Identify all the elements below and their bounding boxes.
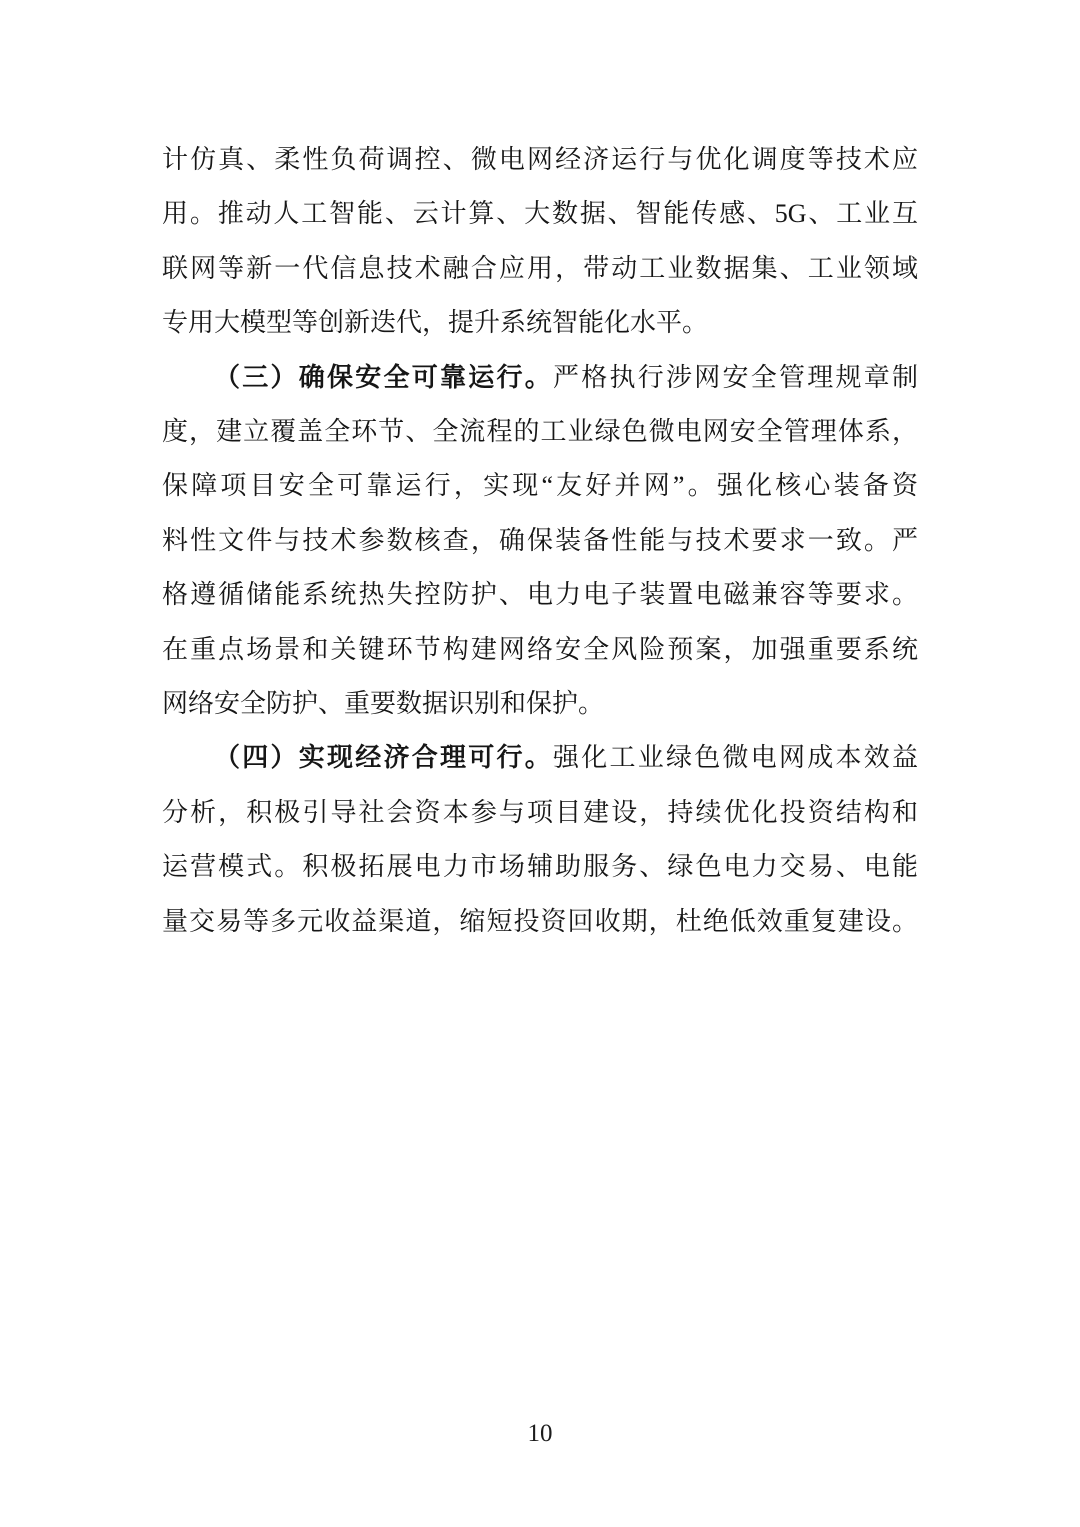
page-number: 10 [0, 1418, 1080, 1450]
text-segment: 强化工业绿色微电网成本效益 [553, 743, 918, 772]
text-line: 分析，积极引导社会资本参与项目建设，持续优化投资结构和 [162, 786, 918, 840]
text-line: 专用大模型等创新迭代，提升系统智能化水平。 [162, 296, 918, 350]
text-line: （三）确保安全可靠运行。严格执行涉网安全管理规章制 [162, 351, 918, 405]
text-line: 度，建立覆盖全环节、全流程的工业绿色微电网安全管理体系， [162, 405, 918, 459]
paragraph-continued: 计仿真、柔性负荷调控、微电网经济运行与优化调度等技术应 用。推动人工智能、云计算… [162, 133, 918, 351]
document-body: 计仿真、柔性负荷调控、微电网经济运行与优化调度等技术应 用。推动人工智能、云计算… [162, 133, 918, 949]
text-segment: 严格执行涉网安全管理规章制 [553, 363, 918, 392]
text-line: 运营模式。积极拓展电力市场辅助服务、绿色电力交易、电能 [162, 840, 918, 894]
text-line: （四）实现经济合理可行。强化工业绿色微电网成本效益 [162, 731, 918, 785]
section-3-heading: （三）确保安全可靠运行。 [214, 363, 553, 392]
text-line: 用。推动人工智能、云计算、大数据、智能传感、5G、工业互 [162, 187, 918, 241]
text-line: 联网等新一代信息技术融合应用，带动工业数据集、工业领域 [162, 242, 918, 296]
section-4-heading: （四）实现经济合理可行。 [214, 743, 553, 772]
text-line: 在重点场景和关键环节构建网络安全风险预案，加强重要系统 [162, 623, 918, 677]
text-line: 量交易等多元收益渠道，缩短投资回收期，杜绝低效重复建设。 [162, 895, 918, 949]
paragraph-section-4: （四）实现经济合理可行。强化工业绿色微电网成本效益 分析，积极引导社会资本参与项… [162, 731, 918, 949]
text-line: 保障项目安全可靠运行，实现“友好并网”。强化核心装备资 [162, 459, 918, 513]
text-line: 料性文件与技术参数核查，确保装备性能与技术要求一致。严 [162, 514, 918, 568]
text-line: 格遵循储能系统热失控防护、电力电子装置电磁兼容等要求。 [162, 568, 918, 622]
document-page: 计仿真、柔性负荷调控、微电网经济运行与优化调度等技术应 用。推动人工智能、云计算… [0, 0, 1080, 1527]
text-line: 网络安全防护、重要数据识别和保护。 [162, 677, 918, 731]
paragraph-section-3: （三）确保安全可靠运行。严格执行涉网安全管理规章制 度，建立覆盖全环节、全流程的… [162, 351, 918, 732]
text-line: 计仿真、柔性负荷调控、微电网经济运行与优化调度等技术应 [162, 133, 918, 187]
